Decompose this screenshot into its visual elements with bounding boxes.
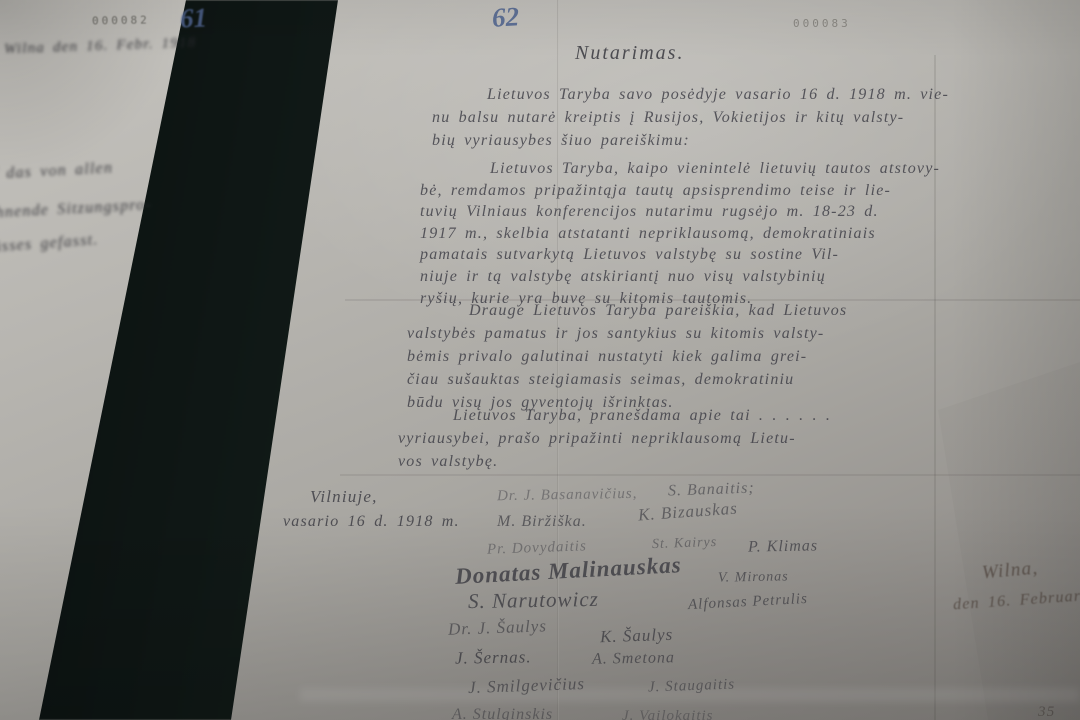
photo-frame: 000082 61 Wilna den 16. Febr. 1918 auf d… [0, 0, 1080, 720]
signature-k-saulys: K. Šaulys [600, 625, 674, 648]
paragraph-3-line: bėmis privalo galutinai nustatyti kiek g… [407, 345, 847, 368]
paragraph-3: Drauge Lietuvos Taryba pareiškia, kad Li… [407, 299, 847, 414]
signature-birziska: M. Biržiška. [497, 513, 587, 531]
fold-crease-vertical-right [934, 55, 936, 720]
signature-banaitis: S. Banaitis; [668, 479, 755, 500]
signature-narutowicz: S. Narutowicz [468, 587, 599, 614]
signature-staugaitis: J. Staugaitis [648, 676, 736, 696]
signature-basanavicius: Dr. J. Basanavičius, [497, 486, 638, 505]
archive-stamp-left: 000082 [92, 13, 150, 27]
signature-vailokaitis: J. Vailokaitis [622, 708, 714, 720]
signature-bizauskas: K. Bizauskas [637, 499, 738, 526]
signature-j-saulys: Dr. J. Šaulys [448, 616, 548, 639]
signature-dovydaitis: Pr. Dovydaitis [487, 538, 587, 558]
signature-smetona: A. Smetona [592, 649, 675, 668]
dateline-place: Vilniuje, [310, 487, 378, 507]
paragraph-2-line: Lietuvos Taryba, kaipo vienintelė lietuv… [490, 158, 940, 180]
document-title: Nutarimas. [575, 42, 684, 65]
signature-smilgevicius: J. Smilgevičius [468, 674, 586, 698]
signature-sernas: J. Šernas. [455, 647, 532, 668]
paragraph-4-line: vos valstybę. [398, 450, 831, 473]
paragraph-2-line: pamatais sutvarkytą Lietuvos valstybę su… [420, 244, 940, 266]
paragraph-1-line: bių vyriausybes šiuo pareiškimu: [432, 129, 949, 152]
paragraph-2-line: 1917 m., skelbia atstatanti nepriklausom… [420, 223, 940, 245]
archive-stamp-right: 000083 [793, 17, 851, 30]
page-number-61: 61 [179, 3, 207, 35]
dateline-date: vasario 16 d. 1918 m. [283, 513, 460, 531]
paragraph-1-line: Lietuvos Taryba savo posėdyje vasario 16… [487, 83, 949, 106]
signature-mironas: V. Mironas [718, 569, 789, 586]
paragraph-1: Lietuvos Taryba savo posėdyje vasario 16… [432, 83, 949, 152]
signature-klimas: P. Klimas [748, 537, 818, 556]
signature-kairys: St. Kairys [652, 535, 718, 553]
paragraph-3-line: valstybės pamatus ir jos santykius su ki… [407, 322, 847, 345]
page-number-62: 62 [491, 1, 520, 33]
paragraph-3-line: čiau sušauktas steigiamasis seimas, demo… [407, 368, 847, 391]
paragraph-2: Lietuvos Taryba, kaipo vienintelė lietuv… [420, 158, 940, 309]
signature-petrulis: Alfonsas Petrulis [688, 591, 809, 614]
paragraph-2-line: niuje ir tą valstybę atskiriantį nuo vis… [420, 266, 940, 288]
paragraph-4-line: vyriausybei, prašo pripažinti nepriklaus… [398, 427, 831, 450]
paragraph-4: Lietuvos Taryba, pranešdama apie tai . .… [398, 404, 831, 473]
paragraph-2-line: tuvių Vilniaus konferencijos nutarimu ru… [420, 201, 940, 223]
paragraph-2-line: bė, remdamos pripažintąja tautų apsispre… [420, 180, 940, 202]
corner-page-mark: 35 [1038, 704, 1055, 720]
paragraph-3-line: Drauge Lietuvos Taryba pareiškia, kad Li… [469, 299, 847, 322]
paragraph-1-line: nu balsu nutarė kreiptis į Rusijos, Voki… [432, 106, 949, 129]
signature-stulginskis: A. Stulginskis [452, 706, 553, 720]
paragraph-4-line: Lietuvos Taryba, pranešdama apie tai . .… [453, 404, 831, 427]
